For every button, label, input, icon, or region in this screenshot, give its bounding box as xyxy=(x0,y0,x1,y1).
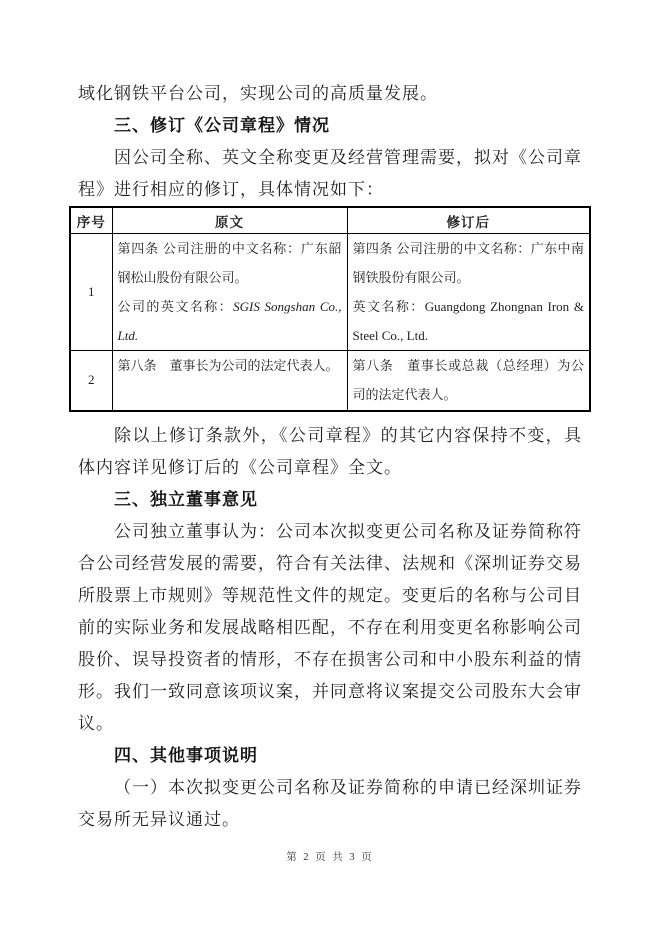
paragraph-independent-directors-opinion: 公司独立董事认为：公司本次拟变更公司名称及证券简称符合公司经营发展的需要，符合有… xyxy=(78,516,582,740)
table-row: 2 第八条 董事长为公司的法定代表人。 第八条 董事长或总裁（总经理）为公司的法… xyxy=(70,351,590,411)
section-heading-independent-directors: 三、独立董事意见 xyxy=(78,484,582,516)
row1-revised-chinese-name: 第四条 公司注册的中文名称：广东中南钢铁股份有限公司。 xyxy=(353,234,585,292)
paragraph-continued-from-previous-page: 域化钢铁平台公司，实现公司的高质量发展。 xyxy=(78,78,582,110)
section-heading-other-matters: 四、其他事项说明 xyxy=(78,740,582,772)
column-header-revised-text: 修订后 xyxy=(347,207,590,234)
row2-seq-no: 2 xyxy=(70,351,112,411)
document-page: 域化钢铁平台公司，实现公司的高质量发展。 三、修订《公司章程》情况 因公司全称、… xyxy=(0,0,660,933)
table-header-row: 序号 原文 修订后 xyxy=(70,207,590,234)
row2-revised-cell: 第八条 董事长或总裁（总经理）为公司的法定代表人。 xyxy=(347,351,590,411)
charter-revision-table: 序号 原文 修订后 1 第四条 公司注册的中文名称：广东韶钢松山股份有限公司。 … xyxy=(69,206,591,412)
row1-original-cell: 第四条 公司注册的中文名称：广东韶钢松山股份有限公司。 公司的英文名称：SGIS… xyxy=(112,234,347,351)
row1-original-english-label: 公司的英文名称： xyxy=(118,299,234,314)
column-header-seq-no: 序号 xyxy=(70,207,112,234)
paragraph-after-table: 除以上修订条款外，《公司章程》的其它内容保持不变，具体内容详见修订后的《公司章程… xyxy=(78,420,582,484)
row1-revised-english-label: 英文名称： xyxy=(353,299,425,314)
table-row: 1 第四条 公司注册的中文名称：广东韶钢松山股份有限公司。 公司的英文名称：SG… xyxy=(70,234,590,351)
row2-revised-text: 第八条 董事长或总裁（总经理）为公司的法定代表人。 xyxy=(353,351,585,409)
row1-seq-no: 1 xyxy=(70,234,112,351)
page-number: 第 2 页 共 3 页 xyxy=(78,849,582,864)
row2-original-cell: 第八条 董事长为公司的法定代表人。 xyxy=(112,351,347,411)
row1-revised-english-name: 英文名称：Guangdong Zhongnan Iron & Steel Co.… xyxy=(353,292,585,350)
column-header-original-text: 原文 xyxy=(112,207,347,234)
paragraph-revision-intro: 因公司全称、英文全称变更及经营管理需要，拟对《公司章程》进行相应的修订，具体情况… xyxy=(78,142,582,206)
row1-original-english-name: 公司的英文名称：SGIS Songshan Co., Ltd. xyxy=(118,292,342,350)
paragraph-other-matters: （一）本次拟变更公司名称及证券简称的申请已经深圳证券交易所无异议通过。 xyxy=(78,772,582,836)
row1-revised-cell: 第四条 公司注册的中文名称：广东中南钢铁股份有限公司。 英文名称：Guangdo… xyxy=(347,234,590,351)
row1-original-chinese-name: 第四条 公司注册的中文名称：广东韶钢松山股份有限公司。 xyxy=(118,234,342,292)
section-heading-charter-revision: 三、修订《公司章程》情况 xyxy=(78,110,582,142)
row2-original-text: 第八条 董事长为公司的法定代表人。 xyxy=(118,351,342,380)
